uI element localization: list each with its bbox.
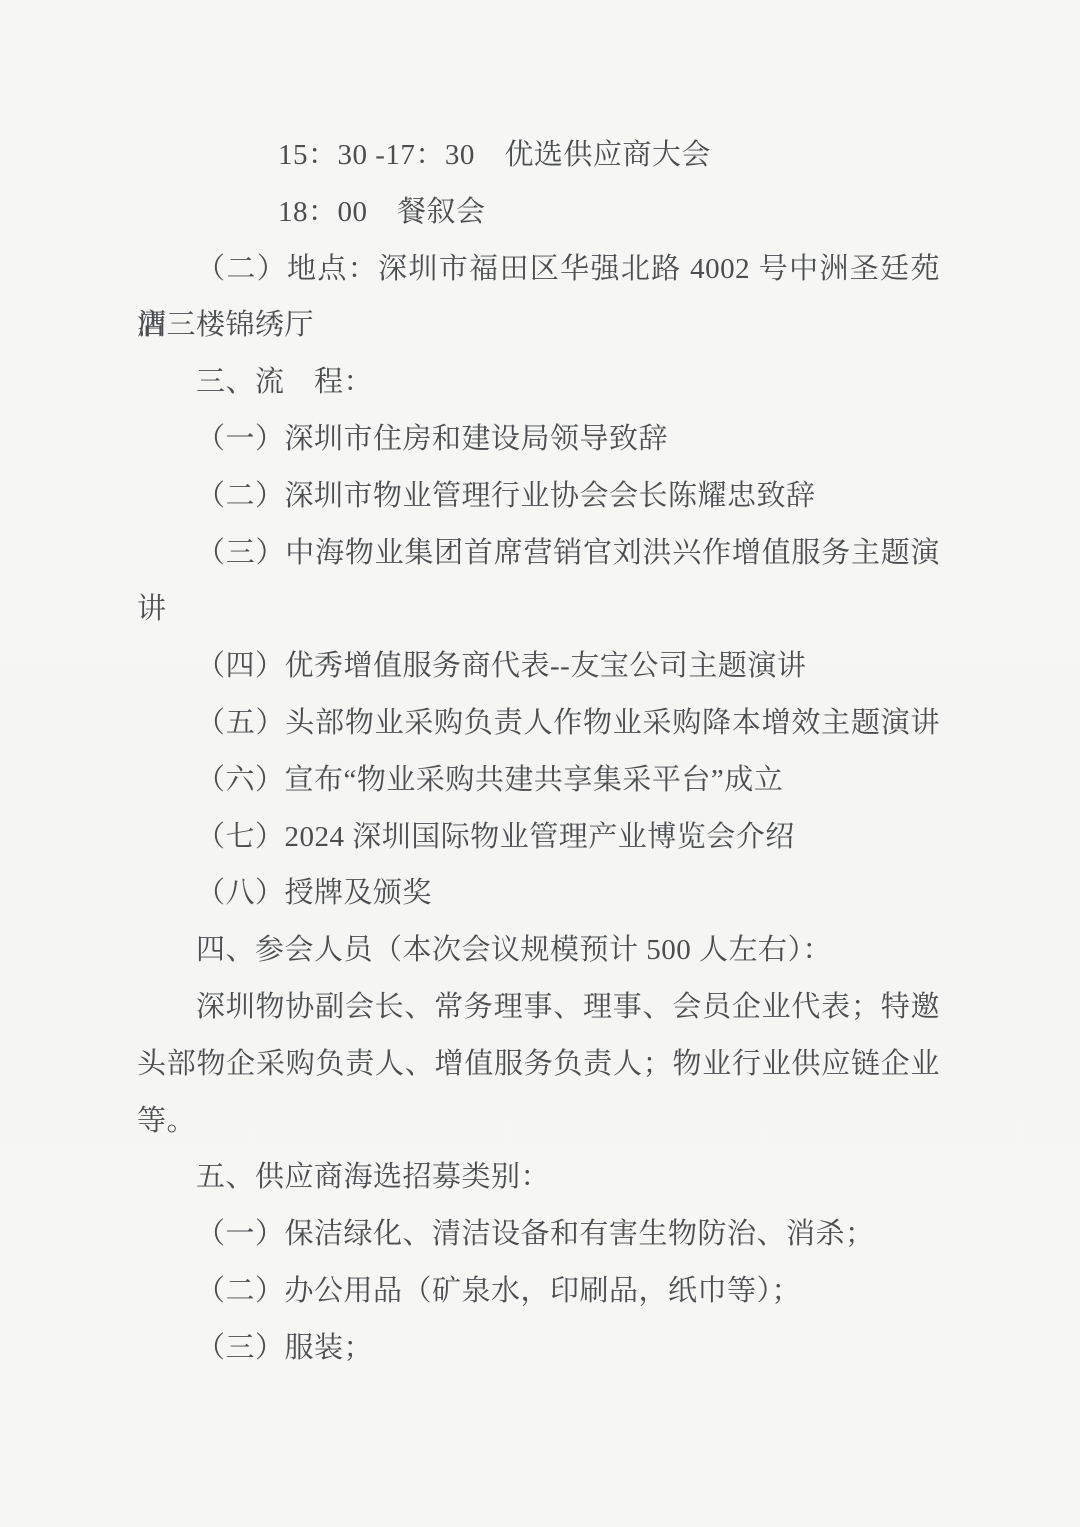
document-line: （三）服装；: [137, 1320, 940, 1377]
document-line: （二）地点：深圳市福田区华强北路 4002 号中洲圣廷苑酒: [137, 241, 940, 298]
document-line: 讲: [137, 581, 940, 638]
document-line: 五、供应商海选招募类别：: [137, 1149, 940, 1206]
document-page: 15：30 -17：30 优选供应商大会 18：00 餐叙会 （二）地点：深圳市…: [0, 0, 1080, 1527]
document-line: （二）办公用品（矿泉水，印刷品，纸巾等）；: [137, 1263, 940, 1320]
document-line: 头部物企采购负责人、增值服务负责人；物业行业供应链企业: [137, 1036, 940, 1093]
document-line: 店三楼锦绣厅: [137, 297, 940, 354]
document-line: （二）深圳市物业管理行业协会会长陈耀忠致辞: [137, 468, 940, 525]
document-line: 15：30 -17：30 优选供应商大会: [137, 127, 940, 184]
document-line: （五）头部物业采购负责人作物业采购降本增效主题演讲: [137, 695, 940, 752]
document-line: 18：00 餐叙会: [137, 184, 940, 241]
document-line: 三、流 程：: [137, 354, 940, 411]
document-line: （八）授牌及颁奖: [137, 865, 940, 922]
document-line: （一）保洁绿化、清洁设备和有害生物防治、消杀；: [137, 1206, 940, 1263]
document-line: （七）2024 深圳国际物业管理产业博览会介绍: [137, 809, 940, 866]
document-line: 深圳物协副会长、常务理事、理事、会员企业代表；特邀: [137, 979, 940, 1036]
document-line: 四、参会人员（本次会议规模预计 500 人左右）：: [137, 922, 940, 979]
document-line: （三）中海物业集团首席营销官刘洪兴作增值服务主题演: [137, 525, 940, 582]
document-line: （四）优秀增值服务商代表--友宝公司主题演讲: [137, 638, 940, 695]
document-line: （一）深圳市住房和建设局领导致辞: [137, 411, 940, 468]
document-line: （六）宣布“物业采购共建共享集采平台”成立: [137, 752, 940, 809]
document-line: 等。: [137, 1093, 940, 1150]
